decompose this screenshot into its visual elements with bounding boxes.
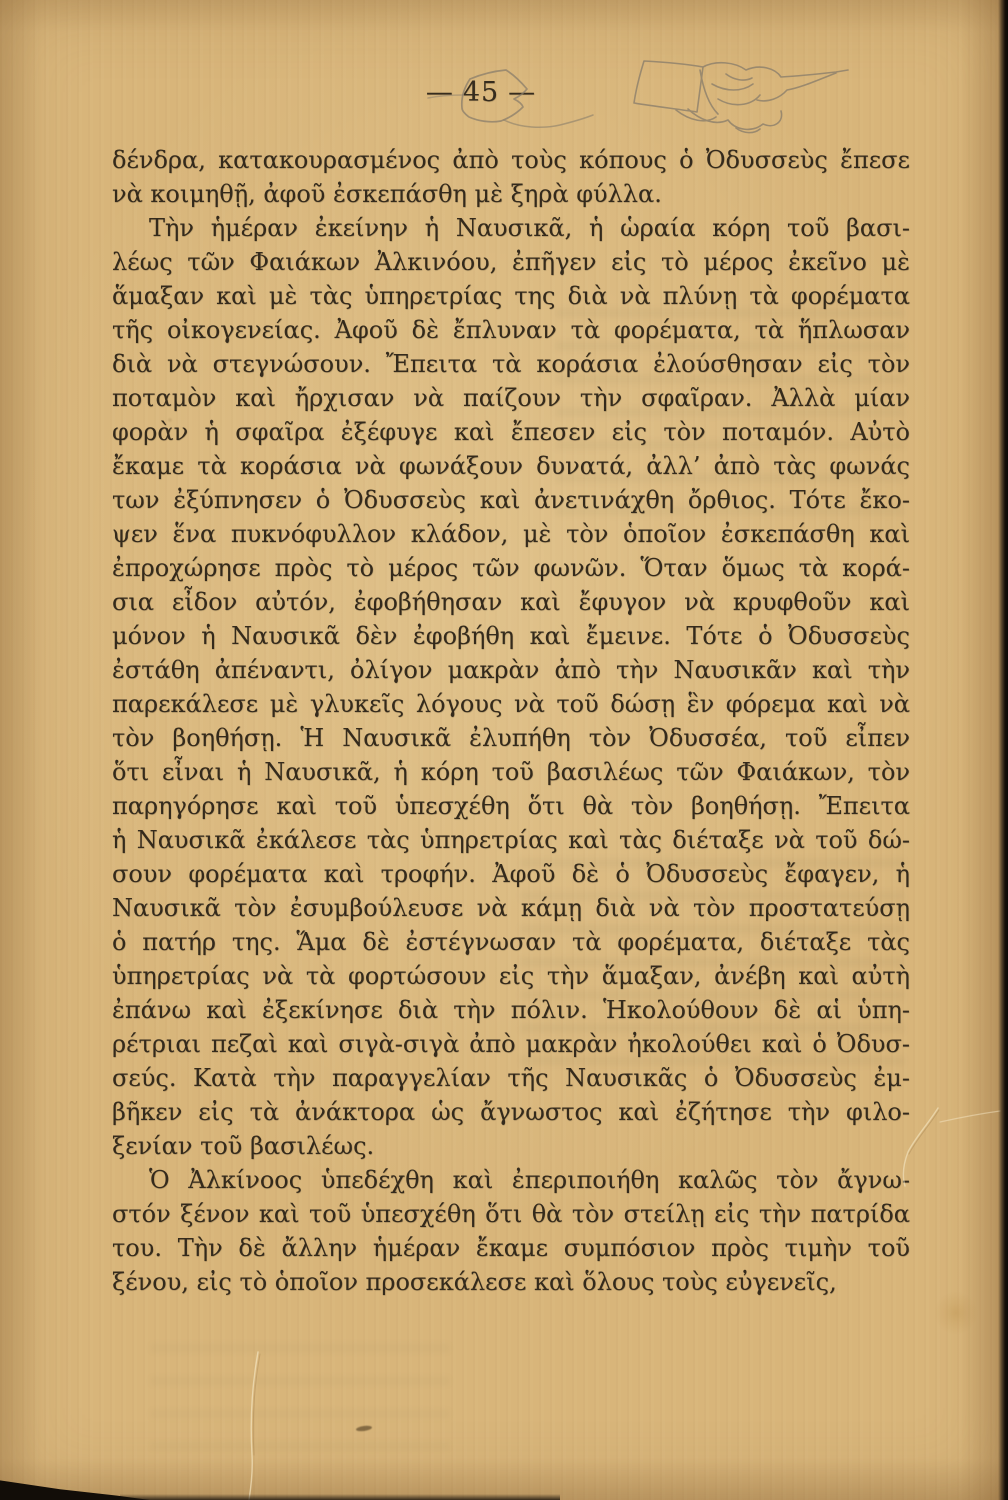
body-text: δένδρα, κατακουρασμένος ἀπὸ τοὺς κόπους …: [112, 143, 910, 1299]
text-line: τὸν βοηθήσῃ. Ἡ Ναυσικᾶ ἐλυπήθη τὸν Ὀδυσσ…: [112, 721, 910, 755]
text-line: ξένου, εἰς τὸ ὁποῖον προσεκάλεσε καὶ ὅλο…: [112, 1265, 910, 1299]
text-line: στόν ξένον καὶ τοῦ ὑπεσχέθη ὅτι θὰ τὸν σ…: [112, 1197, 910, 1231]
text-line: Ναυσικᾶ τὸν ἐσυμβούλευσε νὰ κάμῃ διὰ νὰ …: [112, 891, 910, 925]
text-line: σουν φορέματα καὶ τροφήν. Ἀφοῦ δὲ ὁ Ὀδυσ…: [112, 857, 910, 891]
text-line: φορὰν ἡ σφαῖρα ἐξέφυγε καὶ ἔπεσεν εἰς τὸ…: [112, 415, 910, 449]
text-line: μόνον ἡ Ναυσικᾶ δὲν ἐφοβήθη καὶ ἔμεινε. …: [112, 619, 910, 653]
text-line: του. Τὴν δὲ ἄλλην ἡμέραν ἔκαμε συμπόσιον…: [112, 1231, 910, 1265]
paragraph: δένδρα, κατακουρασμένος ἀπὸ τοὺς κόπους …: [112, 143, 910, 211]
text-line: σια εἶδον αὐτόν, ἐφοβήθησαν καὶ ἔφυγον ν…: [112, 585, 910, 619]
scanned-book-page: —45— δένδρα, κατακουρασμένος ἀπὸ τοὺς κό…: [0, 0, 1008, 1500]
text-line: διὰ νὰ στεγνώσουν. Ἔπειτα τὰ κοράσια ἐλο…: [112, 347, 910, 381]
text-line: ἐστάθη ἀπέναντι, ὀλίγον μακρὰν ἀπὸ τὴν Ν…: [112, 653, 910, 687]
text-line: νὰ κοιμηθῇ, ἀφοῦ ἐσκεπάσθη μὲ ξηρὰ φύλλα…: [112, 177, 910, 211]
page-number: 45: [463, 77, 499, 108]
text-line: ἅμαξαν καὶ μὲ τὰς ὑπηρετρίας της διὰ νὰ …: [112, 279, 910, 313]
scan-edge-bottom: [120, 1494, 560, 1500]
text-line: Ὁ Ἀλκίνοος ὑπεδέχθη καὶ ἐπεριποιήθη καλῶ…: [112, 1163, 910, 1197]
text-line: ξενίαν τοῦ βασιλέως.: [112, 1129, 910, 1163]
text-line: ἔκαμε τὰ κοράσια νὰ φωνάξουν δυνατά, ἀλλ…: [112, 449, 910, 483]
paragraph: Ὁ Ἀλκίνοος ὑπεδέχθη καὶ ἐπεριποιήθη καλῶ…: [112, 1163, 910, 1299]
text-line: ἐπάνω καὶ ἐξεκίνησε διὰ τὴν πόλιν. Ἡκολο…: [112, 993, 910, 1027]
text-line: δένδρα, κατακουρασμένος ἀπὸ τοὺς κόπους …: [112, 143, 910, 177]
text-line: ὑπηρετρίας νὰ τὰ φορτώσουν εἰς τὴν ἅμαξα…: [112, 959, 910, 993]
text-line: τῆς οἰκογενείας. Ἀφοῦ δὲ ἔπλυναν τὰ φορέ…: [112, 313, 910, 347]
text-line: ψεν ἕνα πυκνόφυλλον κλάδον, μὲ τὸν ὁποῖο…: [112, 517, 910, 551]
scan-edge-right: [998, 0, 1008, 1500]
text-line: ἐπροχώρησε πρὸς τὸ μέρος τῶν φωνῶν. Ὅταν…: [112, 551, 910, 585]
text-line: σεύς. Κατὰ τὴν παραγγελίαν τῆς Ναυσικᾶς …: [112, 1061, 910, 1095]
text-line: Τὴν ἡμέραν ἐκείνην ἡ Ναυσικᾶ, ἡ ὡραία κό…: [112, 211, 910, 245]
text-line: λέως τῶν Φαιάκων Ἀλκινόου, ἐπῆγεν εἰς τὸ…: [112, 245, 910, 279]
text-line: ποταμὸν καὶ ἤρχισαν νὰ παίζουν τὴν σφαῖρ…: [112, 381, 910, 415]
text-line: των ἐξύπνησεν ὁ Ὀδυσσεὺς καὶ ἀνετινάχθη …: [112, 483, 910, 517]
page-header: —45—: [381, 78, 581, 108]
page-number-dash-left: —: [417, 77, 463, 108]
text-line: ἡ Ναυσικᾶ ἐκάλεσε τὰς ὑπηρετρίας καὶ τὰς…: [112, 823, 910, 857]
page-number-dash-right: —: [499, 77, 545, 108]
text-line: ρέτριαι πεζαὶ καὶ σιγὰ-σιγὰ ἀπὸ μακρὰν ἠ…: [112, 1027, 910, 1061]
text-line: παρεκάλεσε μὲ γλυκεῖς λόγους νὰ τοῦ δώσῃ…: [112, 687, 910, 721]
text-line: ὁ πατήρ της. Ἅμα δὲ ἐστέγνωσαν τὰ φορέμα…: [112, 925, 910, 959]
text-line: ὅτι εἶναι ἡ Ναυσικᾶ, ἡ κόρη τοῦ βασιλέως…: [112, 755, 910, 789]
paragraph: Τὴν ἡμέραν ἐκείνην ἡ Ναυσικᾶ, ἡ ὡραία κό…: [112, 211, 910, 1163]
text-line: βῆκεν εἰς τὰ ἀνάκτορα ὡς ἄγνωστος καὶ ἐζ…: [112, 1095, 910, 1129]
text-line: παρηγόρησε καὶ τοῦ ὑπεσχέθη ὅτι θὰ τὸν β…: [112, 789, 910, 823]
